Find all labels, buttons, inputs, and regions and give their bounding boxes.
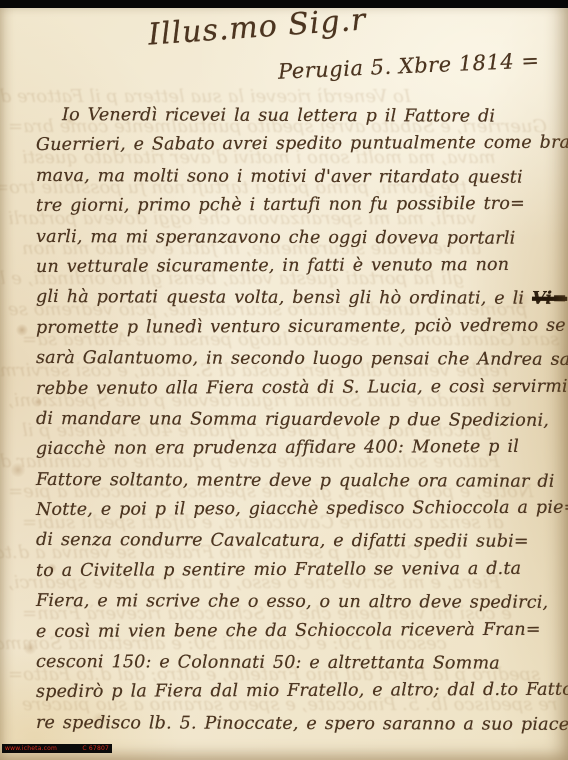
dealer-watermark: www.icheta.com C 67807	[2, 744, 112, 753]
manuscript-line: to a Civitella p sentire mio Fratello se…	[36, 554, 552, 587]
manuscript-line: Fiera, e mi scrive che o esso, o un altr…	[36, 586, 552, 618]
manuscript-line: Notte, e poi p il peso, giacchè spedisco…	[36, 493, 552, 526]
manuscript-line: un vetturale sicuramente, in fatti è ven…	[36, 250, 552, 283]
manuscript-line: di senza condurre Cavalcatura, e difatti…	[36, 525, 552, 557]
watermark-site: www.icheta.com	[5, 744, 57, 753]
manuscript-line: re spedisco lb. 5. Pinoccate, e spero sa…	[36, 708, 552, 740]
manuscript-line: sarà Galantuomo, in secondo luogo pensai…	[36, 343, 552, 375]
manuscript-line: e così mi vien bene che da Schioccola ri…	[36, 614, 552, 647]
letter-scan: Io Venerdì ricevei la sua lettera p il F…	[0, 0, 568, 760]
manuscript-line: varli, ma mi speranzavono che oggi dovev…	[36, 222, 552, 254]
manuscript-line: tre giorni, primo pchè i tartufi non fu …	[36, 189, 552, 222]
manuscript-line: promette p lunedì venturo sicuramente, p…	[36, 310, 552, 343]
manuscript-body: Io Venerdì ricevei la sua lettera p il F…	[36, 100, 552, 738]
manuscript-line: Fattore soltanto, mentre deve p qualche …	[36, 465, 552, 497]
manuscript-line: spedirò p la Fiera dal mio Fratello, e a…	[36, 675, 552, 708]
salutation: Illus.mo Sig.r	[147, 2, 367, 52]
manuscript-line: gli hà portati questa volta, bensì gli h…	[36, 282, 552, 314]
struck-word: Vi=	[532, 289, 567, 309]
dateline: Perugia 5. Xbre 1814 =	[278, 48, 540, 83]
manuscript-line: Guerrieri, e Sabato avrei spedito puntua…	[36, 128, 552, 161]
manuscript-line: giacchè non era prudenza affidare 400: M…	[36, 432, 552, 465]
watermark-code: C 67807	[82, 744, 109, 753]
scanner-top-bar	[0, 0, 568, 8]
manuscript-line: rebbe venuto alla Fiera costà di S. Luci…	[36, 371, 552, 404]
